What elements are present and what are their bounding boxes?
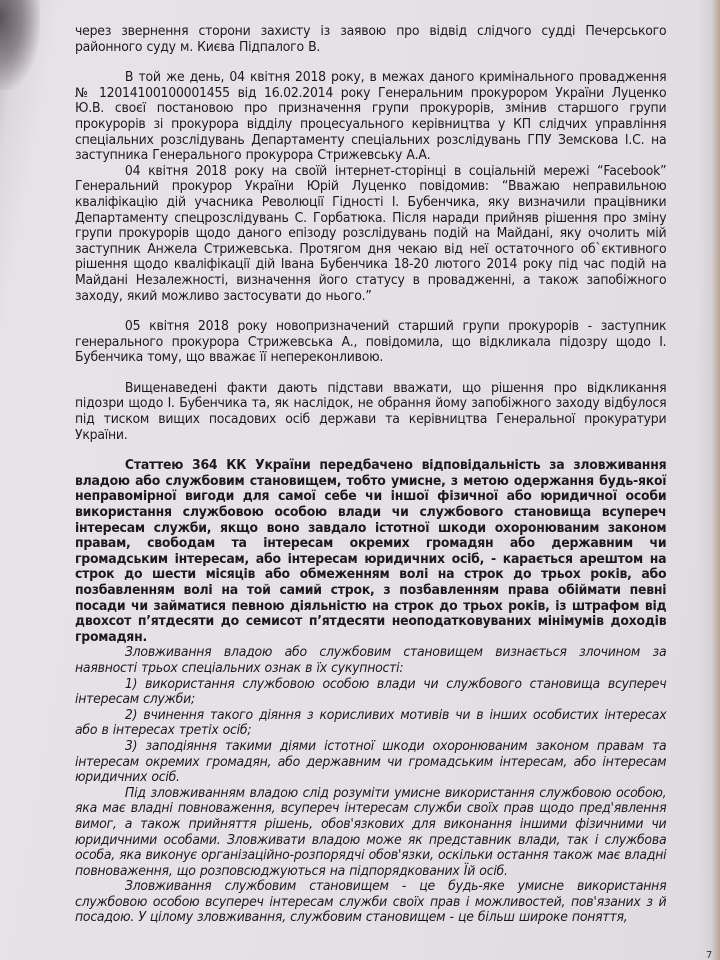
list-item-sign-1: 1) використання службовою особою влади ч… bbox=[75, 677, 666, 708]
photo-shadow bbox=[0, 0, 40, 90]
paragraph-suspicion-withdrawn: 05 квітня 2018 року новопризначений стар… bbox=[75, 319, 666, 366]
list-item-sign-2: 2) вчинення такого діяння з корисливих м… bbox=[75, 708, 666, 739]
page-number: 7 bbox=[706, 950, 712, 960]
paragraph-three-signs-intro: Зловживання владою або службовим станови… bbox=[75, 645, 666, 676]
paragraph-same-day-order: В той же день, 04 квітня 2018 року, в ме… bbox=[75, 70, 666, 164]
paragraph-abuse-of-power-definition: Під зловживанням владою слід розуміти ум… bbox=[75, 786, 666, 880]
paragraph-abuse-of-office-definition: Зловживання службовим становищем - це бу… bbox=[75, 879, 666, 926]
paragraph-article-364: Статтею 364 КК України передбачено відпо… bbox=[75, 458, 666, 645]
paragraph-conclusion-pressure: Вищенаведені факти дають підстави вважат… bbox=[75, 381, 666, 443]
paragraph-continuation: через звернення сторони захисту із заяво… bbox=[75, 24, 666, 55]
list-item-sign-3: 3) заподіяння такими діями істотної шкод… bbox=[75, 739, 666, 786]
page-edge bbox=[698, 0, 720, 960]
document-body: через звернення сторони захисту із заяво… bbox=[75, 4, 666, 926]
paragraph-facebook-statement: 04 квітня 2018 року на своїй інтернет-ст… bbox=[75, 164, 666, 304]
